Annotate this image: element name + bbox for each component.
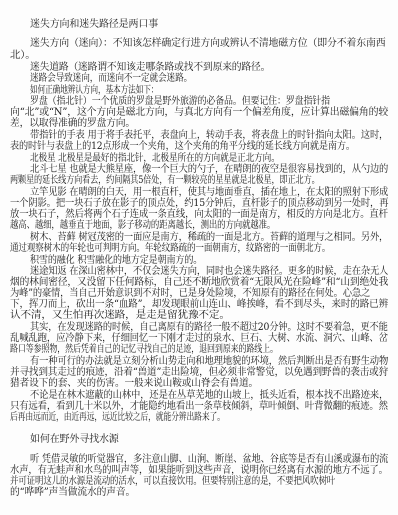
document-page: 迷失方向和迷失路径是两口事 迷失方向（迷向）：不知该怎样确定行进方向或辨认不清地… [0, 0, 398, 515]
text-line: 两颗星的延长线方向看去，约间隔其5倍处，有一颗较亮的星星就是北极星，即正北方。 [10, 175, 320, 186]
text-line: 并可证明这儿的水源是流动的活水，可以直接饮用。但要特别注意的是，不要把风吹树叶 [10, 476, 335, 487]
text-line: 北）。 [10, 50, 36, 61]
text-line: 北极星 北极星是最好的指北针，北极星所在的方向就是正北方向。 [30, 153, 280, 164]
text-line: 迷失方向（迷向）：不知该怎样确定行进方向或辨认不清地磁方位（即分不着东南西 [30, 38, 385, 49]
text-line: 迷途知返 在深山密林中，不仅会迷失方向，同时也会迷失路径。更多的时候，走在杂无人 [30, 266, 388, 277]
text-line: 罗盘（指北针）一个优质的罗盘是野外旅游的必备品。但要记住：罗盘指针指 [30, 96, 330, 107]
text-line: 路口等参照物，然后凭着自己的记忆寻找自己的足迹，退回到原来的路线上。 [10, 344, 278, 355]
section-title-lost-direction: 迷失方向和迷失路径是两口事 [30, 19, 158, 30]
text-line: 为峰”的豪情，当自己开始意识到不对时，已是身处险境，不知原有的路径在何处。心急之 [10, 288, 370, 299]
section-title-find-water: 如何在野外寻找水源 [30, 434, 119, 445]
text-line: 不论是在林木遮蔽的山林中，还是在丛草芜地的山坡上，抵头近看，根本找不出路迹来， [30, 390, 388, 401]
text-line: 立竿见影 在晴朗的白天，用一根直杆，使其与地面垂直，插在地上，在太阳的照射下形成 [30, 187, 388, 198]
text-line: 北斗七星 也就是大熊星座，像一个巨大的勺子，在晴朗的夜空是很容易找到的，从勺边的 [30, 164, 388, 175]
text-line: 带指针的手表 用于将手表托平，表盘向上，转动手表，将表盘上的时针指向太阳。这时， [30, 130, 388, 141]
text-line: 乱喊乱跑，应冷静下来，仔细回忆一下刚才走过的泉水、巨石、大树、水流、洞穴、山峰、… [10, 333, 388, 344]
text-line: 下，挥刀而上，砍出一条“血路”，却发现眼前山连山、峰挨峰，看不到尽头，来时的路已… [10, 299, 388, 310]
text-line: 听 凭借灵敏的听觉器官，多注意山脚、山涧、断崖、盆地、谷底等是否有山溪或瀑布的流 [30, 454, 388, 465]
text-line: 的“哗哗”声当做流水的声音。 [10, 487, 135, 498]
text-line: 积雪的融化 积雪融化的地方定是朝南方的。 [30, 255, 202, 266]
text-line: 后再由远而近，由近再远，远近比较之后，就能分辨出路来了。 [10, 412, 225, 423]
text-line: 向“北”或“N”，这个方向是磁北方向，与真北方向有一个偏差角度，应计算出磁偏角的… [10, 107, 388, 118]
text-line: 一个阴影。把一块石子放在影子的顶点处，约15分钟后，直杆影子的顶点移动到另一处时… [10, 198, 388, 209]
text-line: 只有远看，看到几十米以外，才能隐约地看出一条草枝倾斜，草叶倾倒、叶背微翻的痕迹。… [10, 401, 388, 412]
text-line: 有一种可行的办法就是立刻分析山势走向和地理地貌的环境，然后判断出是否有野生动物 [30, 356, 388, 367]
text-line: 迷路会导致迷向，而迷向不一定就会迷路。 [30, 73, 192, 84]
text-line: 差，以取得准确的罗盘方向。 [10, 118, 135, 129]
text-line: 越高、越细，越垂直于地面，影子移动的距离越长，测出的方向就越准。 [10, 220, 275, 231]
text-line: 其实，在发现迷路的时候，自己离原有的路径一般不超过20分钟。这时不要着急，更不能 [30, 322, 388, 333]
text-line: 放一块石子，然后将两个石子连成一条直线，向太阳的一面是南方，相反的方向是北方。直… [10, 209, 388, 220]
text-line: 如何正确地辨认方向，基本方法如下： [30, 85, 158, 96]
text-line: 树木、苔藓 树冠茂密的一面应是南方，稀疏的一面是北方。苔藓的道理与之相同。另外， [30, 232, 388, 243]
text-line: 水声，有无蛙声和水鸟的叫声等，如果能听到这些声音，说明你已经离有水源的地方不远了… [10, 465, 388, 476]
text-line: 迷失道路（迷路谓不知该走哪条路或找不到原来的路径。 [30, 62, 270, 73]
text-line: 并寻找到其走过的痕迹，沿着“兽道”走出险境，但必须非常警觉，以免遇到野兽的袭击或… [10, 367, 388, 378]
text-line: 烟的林间密径，又没留下任何路标，自己还不断地欣赏着“无限风光在险峰”和“山到绝处… [10, 277, 388, 288]
text-line: 猎者设下的套、夹的伤害。一般来说山鞍或山脊会有兽道。 [10, 378, 258, 389]
text-line: 认不清，又生怕再次迷路，是走是留犹豫不定。 [10, 310, 230, 321]
text-line: 表的时针与表盘上的12点形成一个夹角，这个夹角的角平分线的延长线方向就是南方。 [10, 141, 355, 152]
text-line: 通过观察树木的年轮也可判明方向。年轮纹路疏的一面朝南方，纹路密的一面朝北方。 [10, 243, 330, 254]
